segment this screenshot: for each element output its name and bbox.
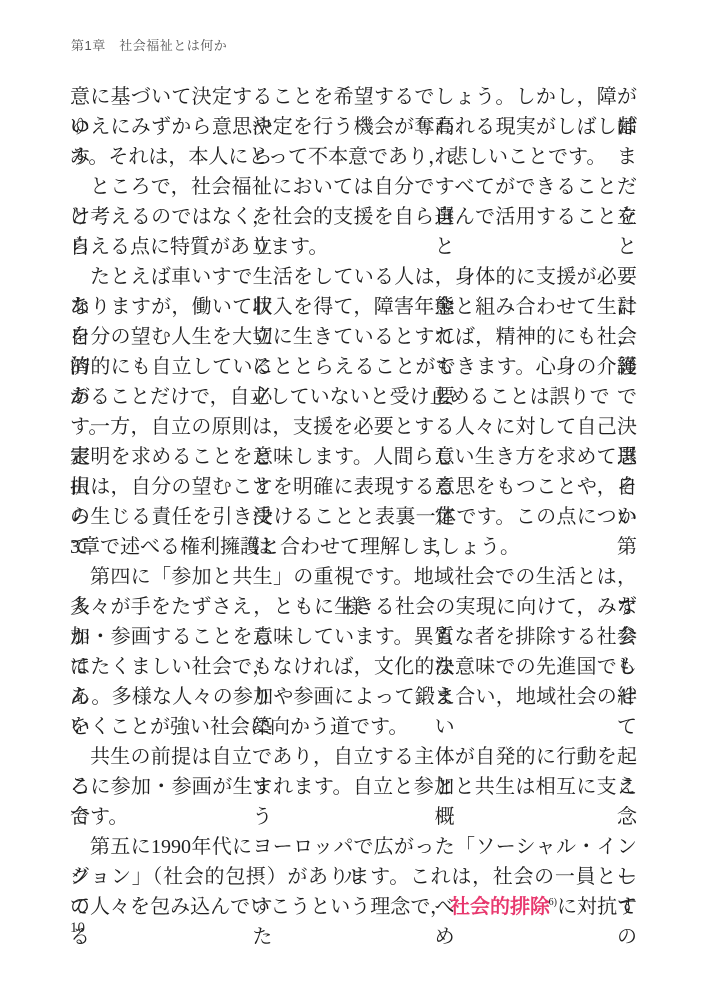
text-line: 人々が手をたずさえ，ともに生きる社会の実現に向けて，みずからも参 bbox=[70, 592, 637, 622]
text-line: ゆえにみずから意思決定を行う機会が奪われる現実がしばしばみられま bbox=[70, 112, 637, 142]
text-run: 3章で述べる権利擁護と合わせて理解しましょう。 bbox=[70, 536, 520, 558]
text-line: 第四に「参加と共生」の重視です。地域社会での生活とは，多様な bbox=[70, 562, 637, 592]
text-run: の人々を包み込んでいこうという理念で， bbox=[70, 896, 450, 918]
text-line: ところで，社会福祉においては自分ですべてができることだけを自立 bbox=[70, 172, 637, 202]
text-line: の人々を包み込んでいこうという理念で，社会的排除6)に対抗するための bbox=[70, 892, 637, 922]
text-line: 第五に1990年代にヨーロッパで広がった「ソーシャル・インクルー bbox=[70, 832, 637, 862]
text-run: いくことが強い社会に向かう道です。 bbox=[70, 716, 408, 738]
text-line: 表明を求めることを意味します。人間らしい生き方を求めて選択する自 bbox=[70, 442, 637, 472]
running-header: 第1章 社会福祉とは何か bbox=[71, 39, 227, 53]
text-line: たとえば車いすで生活をしている人は，身体的に支援が必要な状態に bbox=[70, 262, 637, 292]
text-line: 一方，自立の原則は，支援を必要とする人々に対して自己決定と意思 bbox=[70, 412, 637, 442]
text-run: らえる点に特質があります。 bbox=[70, 236, 328, 258]
page-number: 10 bbox=[70, 920, 85, 937]
text-line: ろに参加・参画が生まれます。自立と参加と共生は相互に支え合う概念 bbox=[70, 772, 637, 802]
highlighted-term: 社会的排除6) bbox=[450, 896, 557, 918]
text-line: 済的にも自立しているととらえることができます。心身の介護が必要で bbox=[70, 352, 637, 382]
text-line: てたくましい社会でもなければ，文化的な意味での先進国でもありませ bbox=[70, 652, 637, 682]
text-line: 加・参画することを意味しています。異質な者を排除する社会は，決し bbox=[70, 622, 637, 652]
text-line: ジョン」（社会的包摂）があります。これは，社会の一員としてすべて bbox=[70, 862, 637, 892]
text-line: ん。多様な人々の参加や参画によって鍛え合い，地域社会の絆を築いて bbox=[70, 682, 637, 712]
text-run: です。 bbox=[70, 806, 128, 828]
footnote-ref: 6) bbox=[549, 897, 557, 908]
text-line: 自分の望む人生を大切に生きているとすれば，精神的にも社会的にも経 bbox=[70, 322, 637, 352]
text-run: す。それは，本人にとって不本意であり，悲しいことです。 bbox=[70, 146, 606, 168]
text-line: と考えるのではなく，社会的支援を自ら選んで活用することを自立とと bbox=[70, 202, 637, 232]
text-run: ろに参加・参画が生まれます。自立と参加と共生は相互に支え合う概念 bbox=[70, 776, 637, 828]
body-text: 意に基づいて決定することを希望するでしょう。しかし，障がいや高齢ゆえにみずから意… bbox=[70, 82, 637, 922]
text-line: あることだけで，自立していないと受け止めることは誤りです。 bbox=[70, 382, 637, 412]
book-page: 第1章 社会福祉とは何か 意に基づいて決定することを希望するでしょう。しかし，障… bbox=[0, 0, 705, 1000]
text-line: 意に基づいて決定することを希望するでしょう。しかし，障がいや高齢 bbox=[70, 82, 637, 112]
text-line: ありますが，働いて収入を得て，障害年金と組み合わせて生計を立て， bbox=[70, 292, 637, 322]
text-line: 共生の前提は自立であり，自立する主体が自発的に行動を起こすとこ bbox=[70, 742, 637, 772]
text-line: す。それは，本人にとって不本意であり，悲しいことです。 bbox=[70, 142, 637, 172]
text-line: ら生じる責任を引き受けることと表裏一体です。この点については，第 bbox=[70, 502, 637, 532]
text-line: 由は，自分の望むことを明確に表現する意思をもつことや，その決定か bbox=[70, 472, 637, 502]
